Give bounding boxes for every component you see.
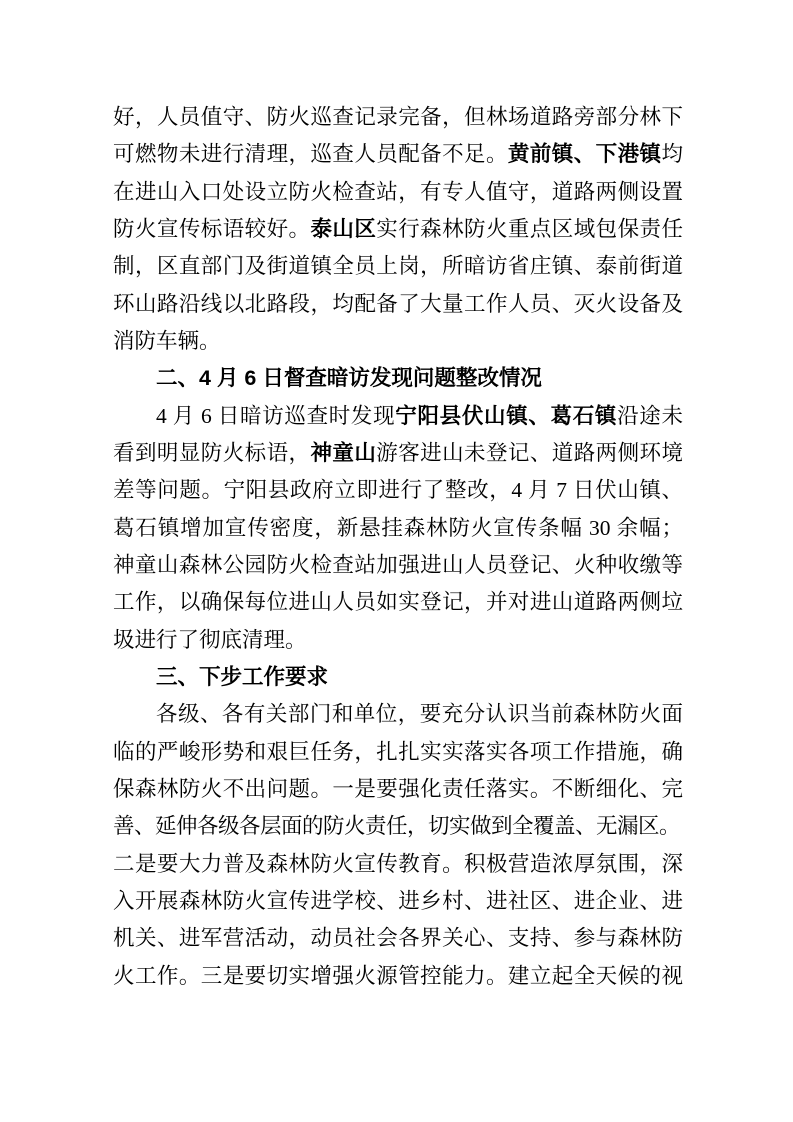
text-run: 二是要大力普及森林防火宣传教育。积极营造浓厚氛围，深 [113,852,683,876]
text-line: 消防车辆。 [113,323,683,360]
text-run: 环山路沿线以北路段，均配备了大量工作人员、灭火设备及 [113,292,683,316]
text-run: 二、4 月 6 日督查暗访发现问题整改情况 [156,366,542,390]
text-line: 制，区直部门及街道镇全员上岗，所暗访省庄镇、泰前街道 [113,248,683,285]
text-run: 神童山森林公园防火检查站加强进山人员登记、火种收缴等 [113,553,683,577]
text-line: 保森林防火不出问题。一是要强化责任落实。不断细化、完 [113,771,683,808]
text-line: 神童山森林公园防火检查站加强进山人员登记、火种收缴等 [113,547,683,584]
text-line: 可燃物未进行清理，巡查人员配备不足。黄前镇、下港镇均 [113,136,683,173]
text-run: 好，人员值守、防火巡查记录完备，但林场道路旁部分林下 [113,105,683,129]
text-line: 各级、各有关部门和单位，要充分认识当前森林防火面 [113,696,683,733]
text-line: 看到明显防火标语，神童山游客进山未登记、道路两侧环境 [113,435,683,472]
text-line: 好，人员值守、防火巡查记录完备，但林场道路旁部分林下 [113,99,683,136]
text-line: 圾进行了彻底清理。 [113,622,683,659]
text-run: 可燃物未进行清理，巡查人员配备不足。 [113,142,508,166]
section-heading: 三、下步工作要求 [113,659,683,696]
document-text-block: 好，人员值守、防火巡查记录完备，但林场道路旁部分林下可燃物未进行清理，巡查人员配… [113,99,683,995]
text-run: 均 [661,142,683,166]
bold-text-run: 泰山区 [310,217,376,241]
text-run: 工作，以确保每位进山人员如实登记，并对进山道路两侧垃 [113,590,683,614]
text-line: 临的严峻形势和艰巨任务，扎扎实实落实各项工作措施，确 [113,734,683,771]
text-run: 看到明显防火标语， [113,441,310,465]
text-line: 机关、进军营活动，动员社会各界关心、支持、参与森林防 [113,920,683,957]
text-run: 制，区直部门及街道镇全员上岗，所暗访省庄镇、泰前街道 [113,254,683,278]
text-run: 差等问题。宁阳县政府立即进行了整改，4 月 7 日伏山镇、 [113,478,683,502]
text-run: 沿途未 [617,404,683,428]
bold-text-run: 宁阳县伏山镇、葛石镇 [395,404,617,428]
text-run: 圾进行了彻底清理。 [113,628,307,652]
text-run: 入开展森林防火宣传进学校、进乡村、进社区、进企业、进 [113,889,683,913]
text-line: 善、延伸各级各层面的防火责任，切实做到全覆盖、无漏区。 [113,808,683,845]
text-run: 善、延伸各级各层面的防火责任，切实做到全覆盖、无漏区。 [113,814,680,838]
text-run: 三、下步工作要求 [156,665,328,689]
text-run: 在进山入口处设立防火检查站，有专人值守，道路两侧设置 [113,180,683,204]
text-run: 葛石镇增加宣传密度，新悬挂森林防火宣传条幅 30 余幅； [113,516,683,540]
text-line: 火工作。三是要切实增强火源管控能力。建立起全天候的视 [113,958,683,995]
text-run: 防火宣传标语较好。 [113,217,310,241]
text-run: 机关、进军营活动，动员社会各界关心、支持、参与森林防 [113,926,683,950]
text-line: 4 月 6 日暗访巡查时发现宁阳县伏山镇、葛石镇沿途未 [113,398,683,435]
text-run: 火工作。三是要切实增强火源管控能力。建立起全天候的视 [113,964,683,988]
text-line: 二是要大力普及森林防火宣传教育。积极营造浓厚氛围，深 [113,846,683,883]
section-heading: 二、4 月 6 日督查暗访发现问题整改情况 [113,360,683,397]
text-run: 消防车辆。 [113,329,221,353]
text-run: 4 月 6 日暗访巡查时发现 [156,404,395,428]
text-run: 保森林防火不出问题。一是要强化责任落实。不断细化、完 [113,777,683,801]
text-run: 实行森林防火重点区域包保责任 [376,217,683,241]
text-line: 葛石镇增加宣传密度，新悬挂森林防火宣传条幅 30 余幅； [113,510,683,547]
text-run: 游客进山未登记、道路两侧环境 [376,441,683,465]
text-line: 防火宣传标语较好。泰山区实行森林防火重点区域包保责任 [113,211,683,248]
text-run: 各级、各有关部门和单位，要充分认识当前森林防火面 [156,702,683,726]
document-page: 好，人员值守、防火巡查记录完备，但林场道路旁部分林下可燃物未进行清理，巡查人员配… [0,0,793,1122]
text-line: 入开展森林防火宣传进学校、进乡村、进社区、进企业、进 [113,883,683,920]
bold-text-run: 黄前镇、下港镇 [508,142,662,166]
text-run: 临的严峻形势和艰巨任务，扎扎实实落实各项工作措施，确 [113,740,683,764]
text-line: 在进山入口处设立防火检查站，有专人值守，道路两侧设置 [113,174,683,211]
text-line: 差等问题。宁阳县政府立即进行了整改，4 月 7 日伏山镇、 [113,472,683,509]
bold-text-run: 神童山 [310,441,376,465]
text-line: 工作，以确保每位进山人员如实登记，并对进山道路两侧垃 [113,584,683,621]
text-line: 环山路沿线以北路段，均配备了大量工作人员、灭火设备及 [113,286,683,323]
